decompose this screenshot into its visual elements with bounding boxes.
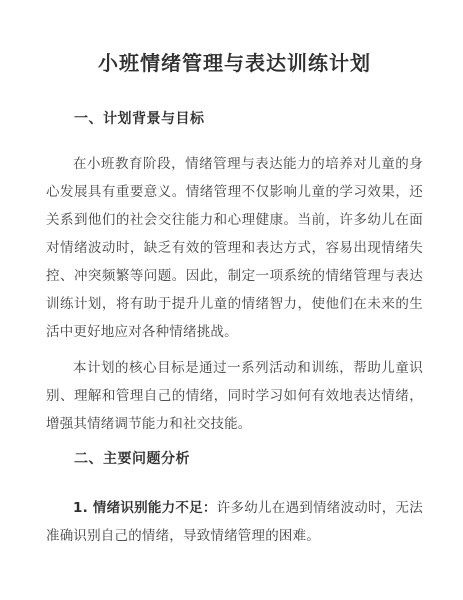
document-title: 小班情绪管理与表达训练计划 xyxy=(46,50,423,76)
paragraph-background: 在小班教育阶段，情绪管理与表达能力的培养对儿童的身心发展具有重要意义。情绪管理不… xyxy=(46,150,423,346)
document-page: 小班情绪管理与表达训练计划 一、计划背景与目标 在小班教育阶段，情绪管理与表达能… xyxy=(0,0,463,600)
paragraph-core-goal: 本计划的核心目标是通过一系列活动和训练，帮助儿童识别、理解和管理自己的情绪，同时… xyxy=(46,354,423,438)
section-heading-background-goals: 一、计划背景与目标 xyxy=(46,110,423,128)
list-item-label: 1. 情绪识别能力不足： xyxy=(73,500,217,516)
section-heading-problem-analysis: 二、主要问题分析 xyxy=(46,450,423,468)
numbered-list-item: 1. 情绪识别能力不足：许多幼儿在遇到情绪波动时，无法准确识别自己的情绪，导致情… xyxy=(46,494,423,550)
